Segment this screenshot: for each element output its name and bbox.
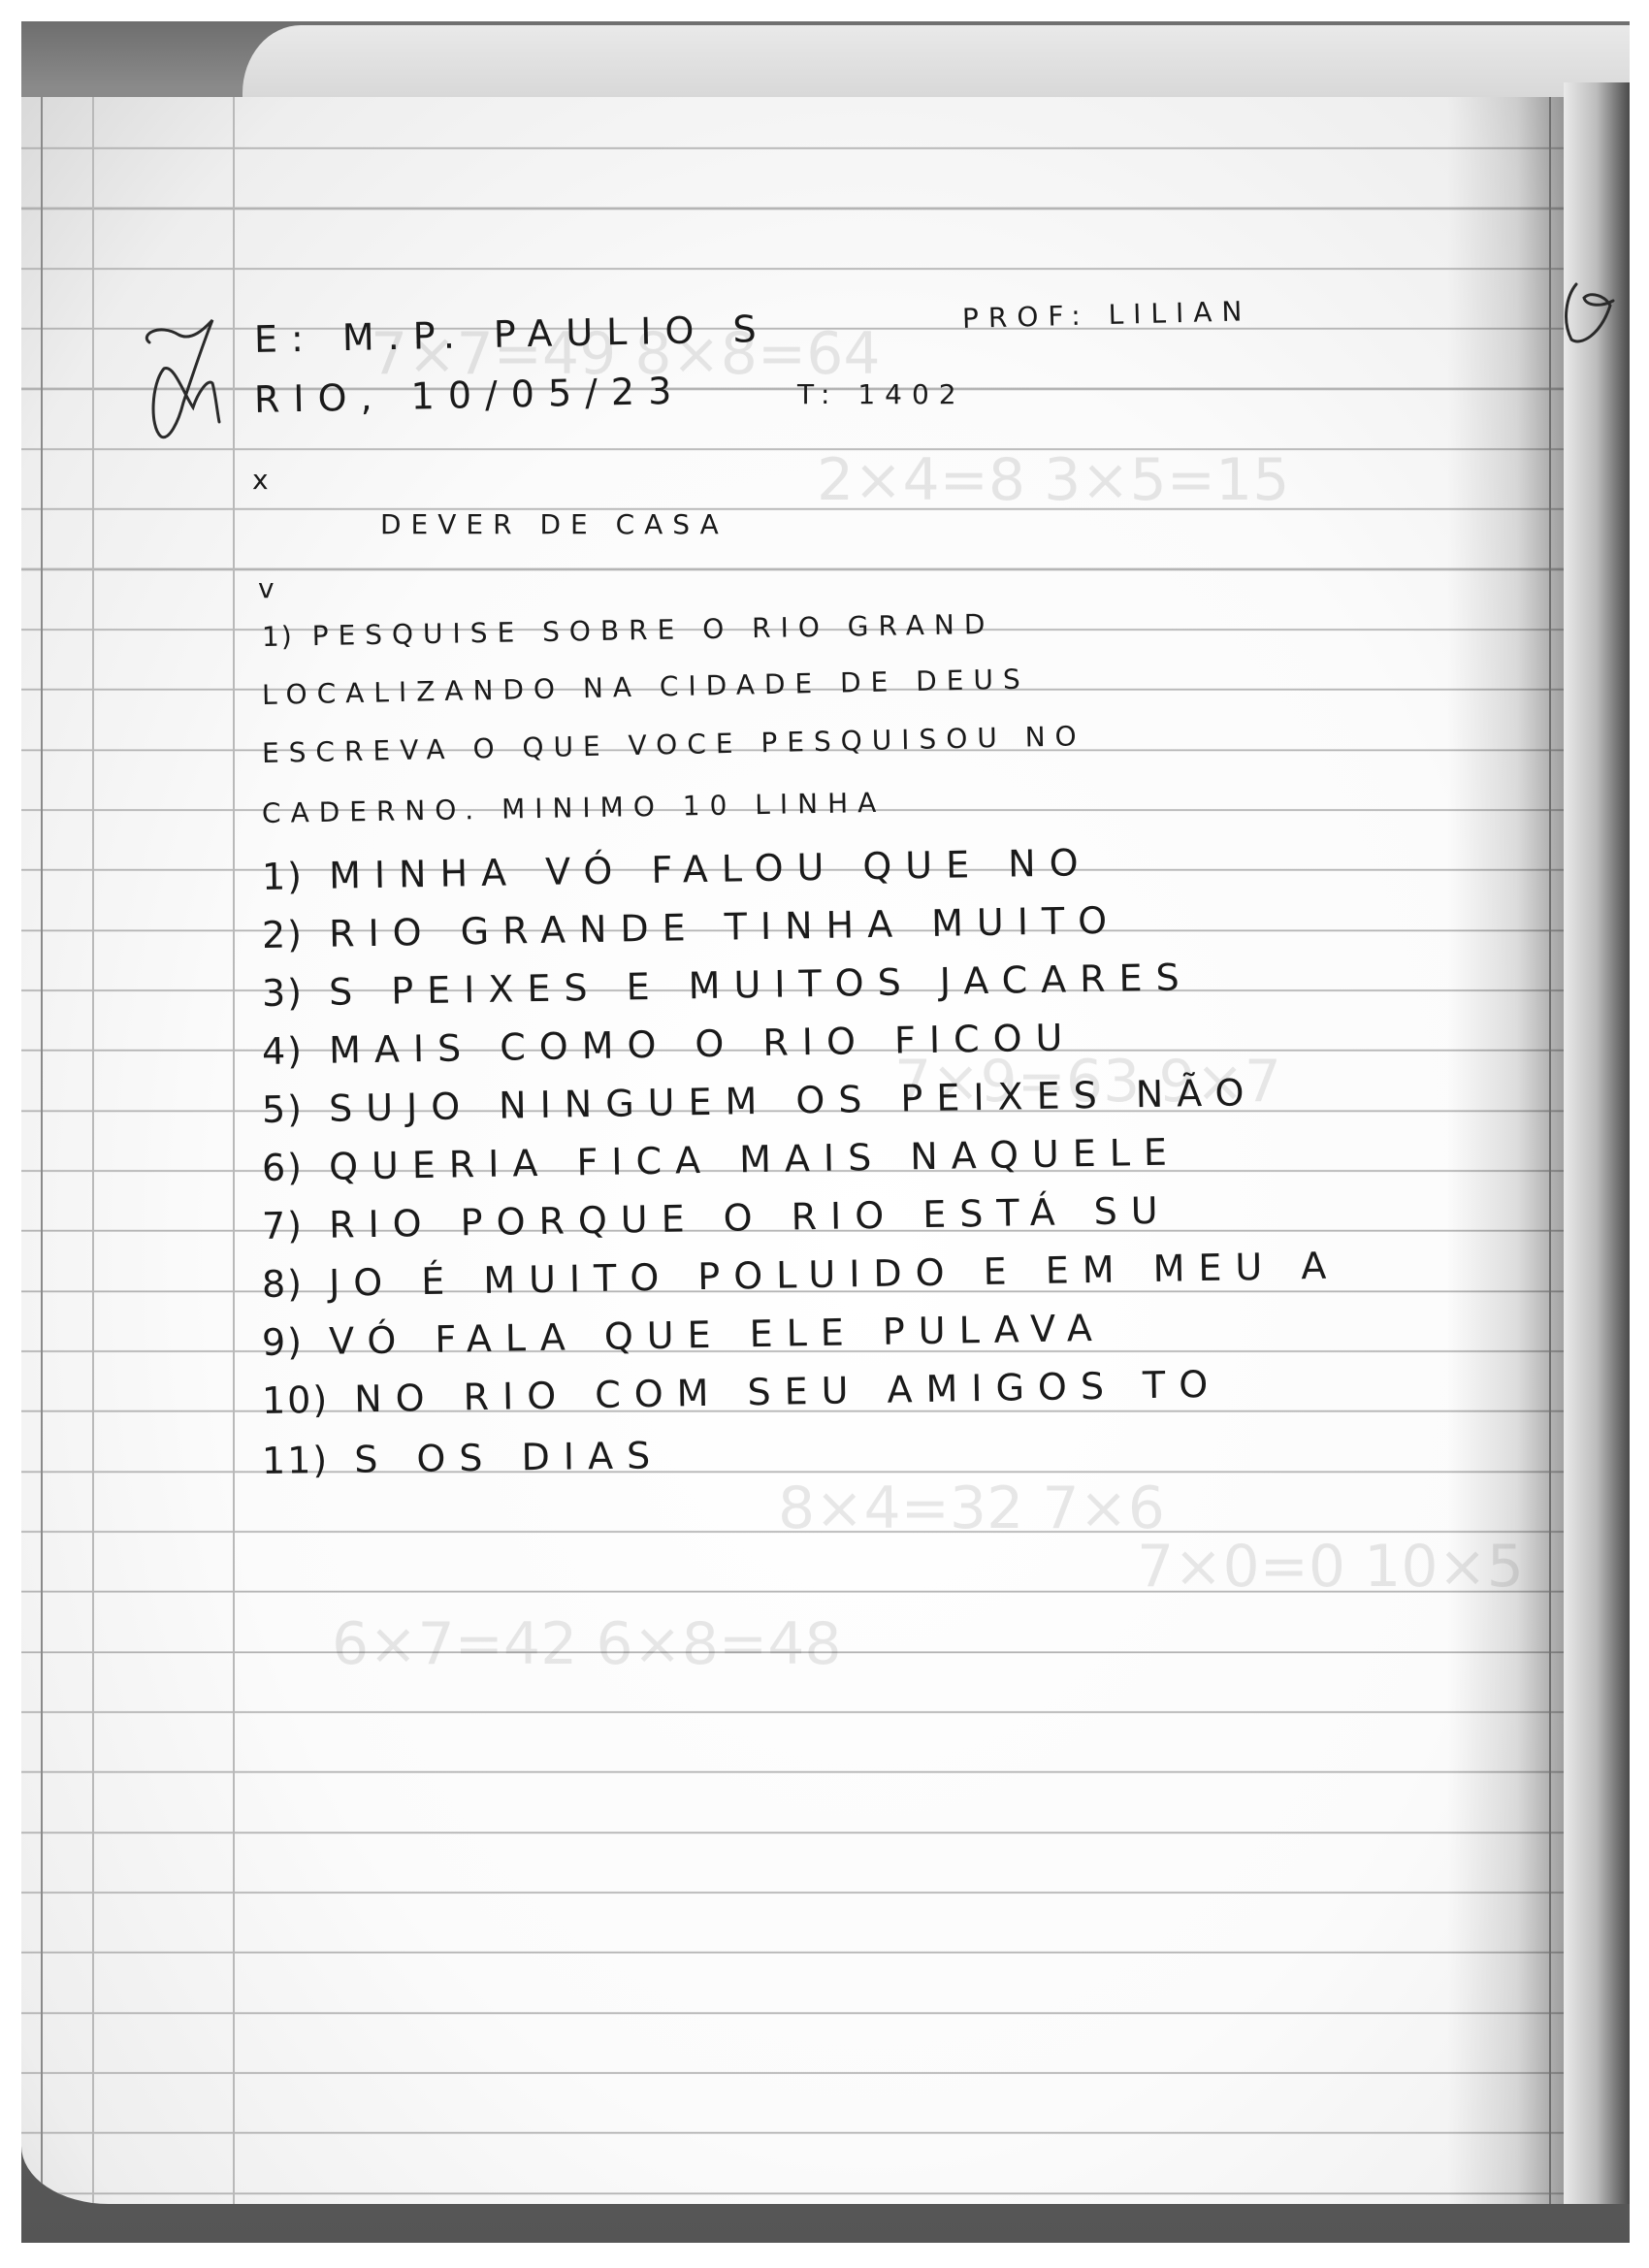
header-class: T: 1402 (797, 378, 966, 410)
stray-mark-x: x (252, 464, 278, 496)
margin-line-main (233, 97, 235, 2204)
page-fold-line (41, 97, 43, 2204)
check-mark-icon (1557, 276, 1615, 349)
stray-mark-v: v (258, 572, 284, 604)
notebook-page-edge (1564, 82, 1630, 2204)
answer-line: 11) S OS DIAS (262, 1434, 664, 1482)
header-place-date: RIO, 10/05/23 (254, 370, 686, 421)
show-through-text: 6×7=42 6×8=48 (332, 1610, 842, 1678)
signature-icon (140, 315, 232, 451)
notebook-back-page (242, 25, 1630, 102)
title: DEVER DE CASA (380, 508, 728, 540)
notebook-page: 7×7=49 8×8=64 2×4=8 3×5=15 7×9=63 9×7 8×… (21, 97, 1564, 2204)
margin-line-left (92, 97, 94, 2204)
page-shadow (1447, 97, 1564, 2204)
show-through-text: 2×4=8 3×5=15 (817, 446, 1289, 514)
show-through-text: 8×4=32 7×6 (778, 1474, 1165, 1542)
